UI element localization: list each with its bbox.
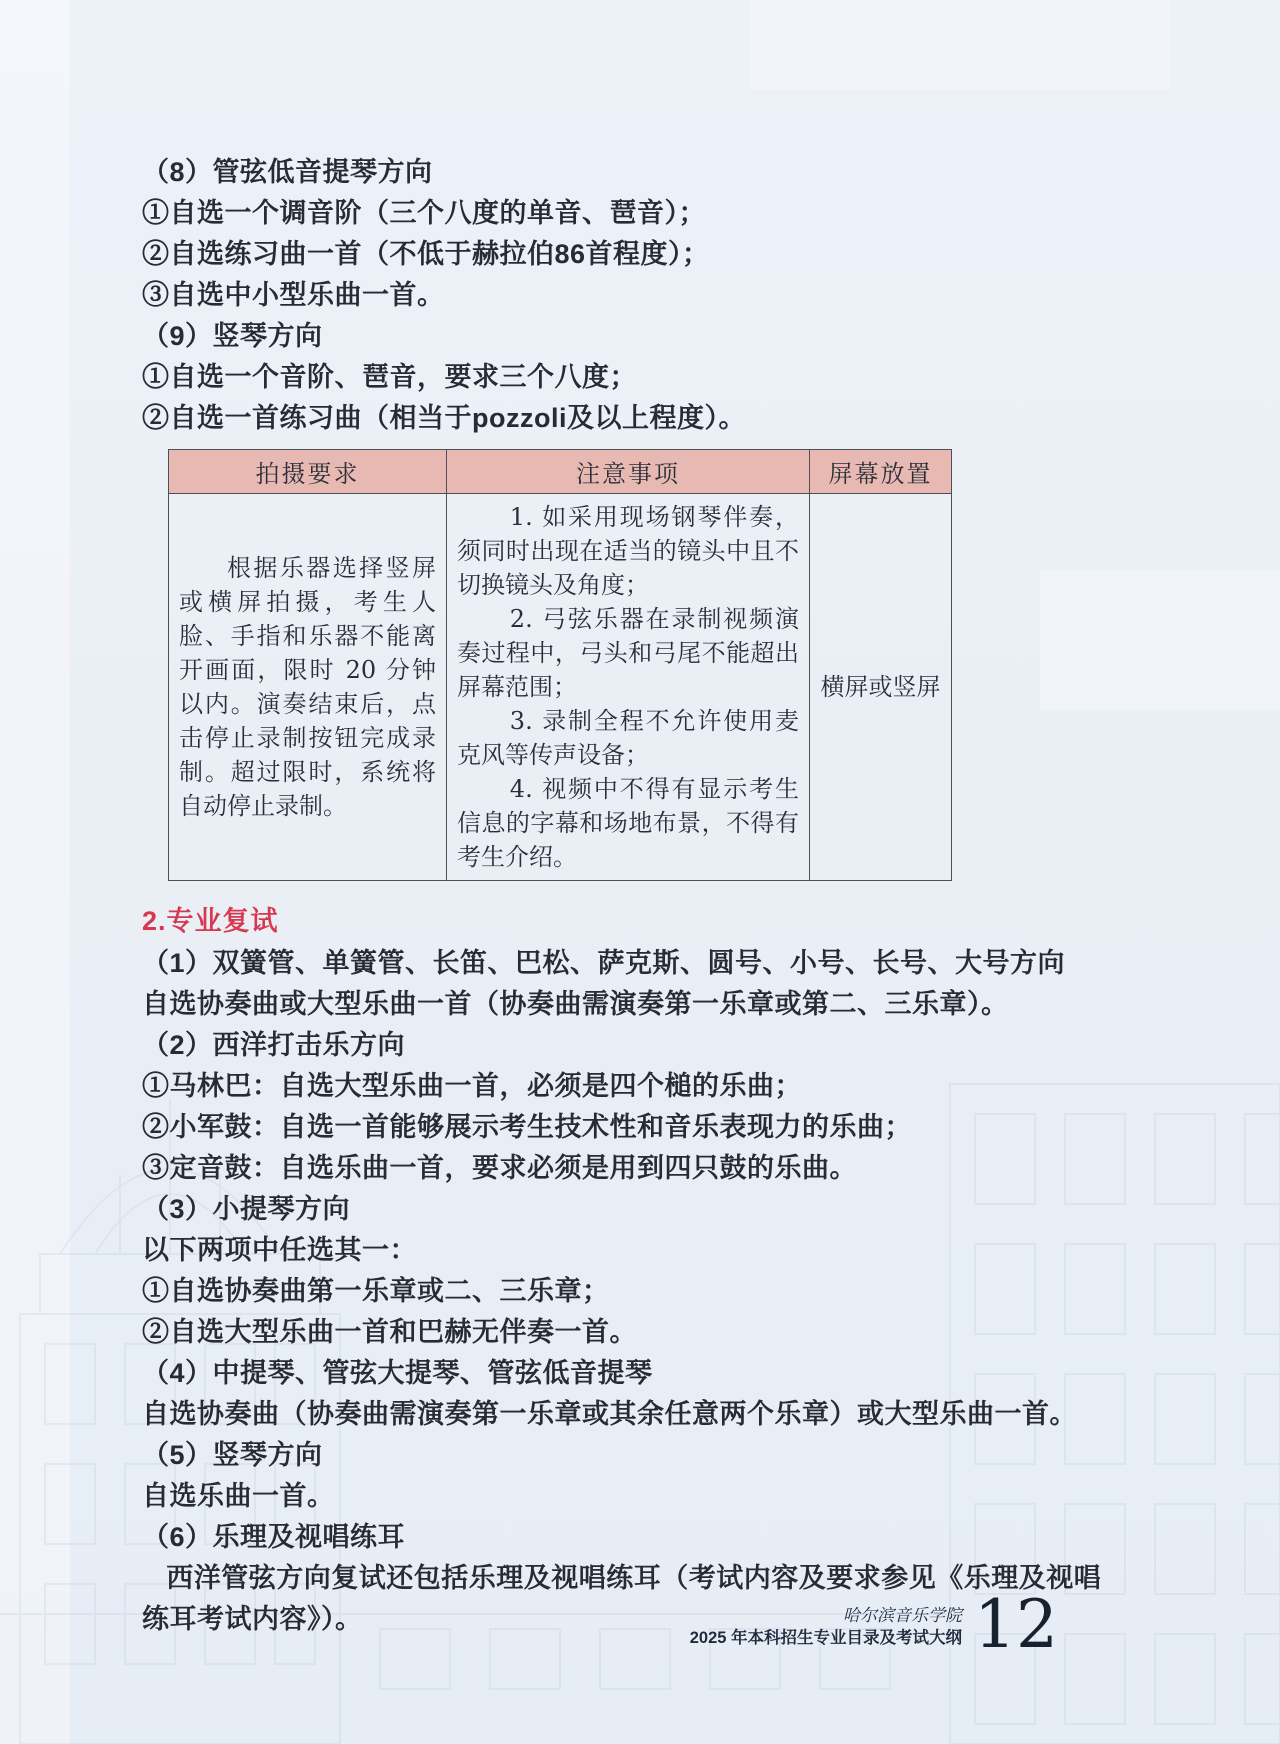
clause-line: （4）中提琴、管弦大提琴、管弦低音提琴 — [142, 1353, 1120, 1394]
clause-line: （2）西洋打击乐方向 — [142, 1025, 1120, 1066]
note-item: 3. 录制全程不允许使用麦克风等传声设备； — [457, 704, 799, 772]
cell-shooting-requirements: 根据乐器选择竖屏或横屏拍摄，考生人脸、手指和乐器不能离开画面，限时 20 分钟以… — [169, 494, 447, 881]
clause-line: ②自选一首练习曲（相当于pozzoli及以上程度）。 — [142, 398, 1120, 439]
page-content: （8）管弦低音提琴方向 ①自选一个调音阶（三个八度的单音、琶音）； ②自选练习曲… — [142, 0, 1120, 1640]
footer-text-block: 哈尔滨音乐学院 2025 年本科招生专业目录及考试大纲 — [690, 1605, 962, 1658]
table-header-row: 拍摄要求 注意事项 屏幕放置 — [169, 450, 952, 494]
clause-line: ①自选一个调音阶（三个八度的单音、琶音）； — [142, 193, 1120, 234]
clause-line: ①自选一个音阶、琶音，要求三个八度； — [142, 357, 1120, 398]
clause-line: （9）竖琴方向 — [142, 316, 1120, 357]
recording-requirements-table: 拍摄要求 注意事项 屏幕放置 根据乐器选择竖屏或横屏拍摄，考生人脸、手指和乐器不… — [168, 449, 952, 881]
note-item: 4. 视频中不得有显示考生信息的字幕和场地布景，不得有考生介绍。 — [457, 772, 799, 874]
clause-line: ②小军鼓：自选一首能够展示考生技术性和音乐表现力的乐曲； — [142, 1107, 1120, 1148]
clause-line: ①马林巴：自选大型乐曲一首，必须是四个槌的乐曲； — [142, 1066, 1120, 1107]
clause-line: （3）小提琴方向 — [142, 1189, 1120, 1230]
section-retest-clauses: （1）双簧管、单簧管、长笛、巴松、萨克斯、圆号、小号、长号、大号方向 自选协奏曲… — [142, 943, 1120, 1640]
screen-placement-text: 横屏或竖屏 — [821, 673, 941, 701]
clause-line: （5）竖琴方向 — [142, 1435, 1120, 1476]
clause-line: ③定音鼓：自选乐曲一首，要求必须是用到四只鼓的乐曲。 — [142, 1148, 1120, 1189]
clause-line: ②自选练习曲一首（不低于赫拉伯86首程度）； — [142, 234, 1120, 275]
document-page: （8）管弦低音提琴方向 ①自选一个调音阶（三个八度的单音、琶音）； ②自选练习曲… — [0, 0, 1280, 1744]
column-header-screen-placement: 屏幕放置 — [810, 450, 952, 494]
cell-notes: 1. 如采用现场钢琴伴奏，须同时出现在适当的镜头中且不切换镜头及角度； 2. 弓… — [447, 494, 810, 881]
clause-line: ①自选协奏曲第一乐章或二、三乐章； — [142, 1271, 1120, 1312]
note-item: 1. 如采用现场钢琴伴奏，须同时出现在适当的镜头中且不切换镜头及角度； — [457, 500, 799, 602]
column-header-notes: 注意事项 — [447, 450, 810, 494]
cell-screen-placement: 横屏或竖屏 — [810, 494, 952, 881]
clause-line: 以下两项中任选其一： — [142, 1230, 1120, 1271]
clause-line: （6）乐理及视唱练耳 — [142, 1517, 1120, 1558]
background-strip — [0, 0, 70, 1744]
section-heading-professional-retest: 2.专业复试 — [142, 901, 1120, 941]
note-item: 2. 弓弦乐器在录制视频演奏过程中，弓头和弓尾不能超出屏幕范围； — [457, 602, 799, 704]
page-footer: 哈尔滨音乐学院 2025 年本科招生专业目录及考试大纲 12 — [690, 1592, 1058, 1658]
clause-line: （1）双簧管、单簧管、长笛、巴松、萨克斯、圆号、小号、长号、大号方向 — [142, 943, 1120, 984]
page-number: 12 — [974, 1592, 1058, 1658]
clause-line: 自选乐曲一首。 — [142, 1476, 1120, 1517]
footer-document-title: 2025 年本科招生专业目录及考试大纲 — [690, 1627, 962, 1650]
column-header-shooting-requirements: 拍摄要求 — [169, 450, 447, 494]
table-body-row: 根据乐器选择竖屏或横屏拍摄，考生人脸、手指和乐器不能离开画面，限时 20 分钟以… — [169, 494, 952, 881]
footer-organization: 哈尔滨音乐学院 — [690, 1605, 962, 1627]
clause-line: 自选协奏曲或大型乐曲一首（协奏曲需演奏第一乐章或第二、三乐章）。 — [142, 984, 1120, 1025]
clause-line: （8）管弦低音提琴方向 — [142, 152, 1120, 193]
clause-line: ③自选中小型乐曲一首。 — [142, 275, 1120, 316]
clause-line: 自选协奏曲（协奏曲需演奏第一乐章或其余任意两个乐章）或大型乐曲一首。 — [142, 1394, 1120, 1435]
clause-line: ②自选大型乐曲一首和巴赫无伴奏一首。 — [142, 1312, 1120, 1353]
shooting-requirements-text: 根据乐器选择竖屏或横屏拍摄，考生人脸、手指和乐器不能离开画面，限时 20 分钟以… — [179, 551, 436, 823]
section-initial-exam-clauses: （8）管弦低音提琴方向 ①自选一个调音阶（三个八度的单音、琶音）； ②自选练习曲… — [142, 152, 1120, 439]
